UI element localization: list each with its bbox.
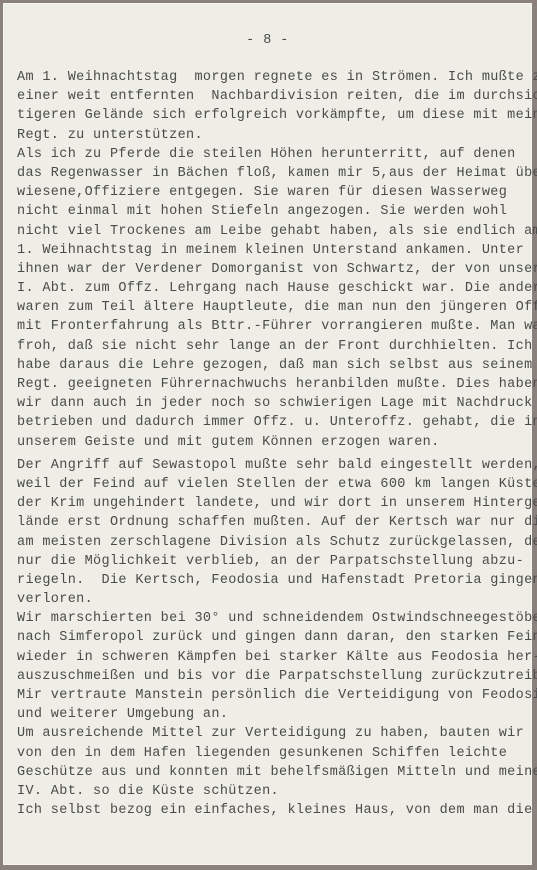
document-page: - 8 - Am 1. Weihnachtstag morgen regnete… [3,3,532,865]
text-line: der Krim ungehindert landete, und wir do… [17,494,537,513]
text-line: riegeln. Die Kertsch, Feodosia und Hafen… [17,571,537,590]
text-line: Wir marschierten bei 30° und schneidende… [17,609,537,628]
text-line: und weiterer Umgebung an. [17,705,537,724]
text-line: nicht einmal mit hohen Stiefeln angezoge… [17,202,537,221]
paragraph: Am 1. Weihnachtstag morgen regnete es in… [17,68,537,452]
text-line: Als ich zu Pferde die steilen Höhen heru… [17,145,537,164]
text-line: Mir vertraute Manstein persönlich die Ve… [17,686,537,705]
text-line: betrieben und dadurch immer Offz. u. Unt… [17,413,537,432]
text-line: wiesene,Offiziere entgegen. Sie waren fü… [17,183,537,202]
page-number: - 8 - [3,33,532,48]
text-line: 1. Weihnachtstag in meinem kleinen Unter… [17,241,537,260]
text-line: unserem Geiste und mit gutem Können erzo… [17,433,537,452]
text-line: das Regenwasser in Bächen floß, kamen mi… [17,164,537,183]
text-line: habe daraus die Lehre gezogen, daß man s… [17,356,537,375]
text-line: Geschütze aus und konnten mit behelfsmäß… [17,763,537,782]
text-line: Am 1. Weihnachtstag morgen regnete es in… [17,68,537,87]
body-text: Am 1. Weihnachtstag morgen regnete es in… [17,68,537,820]
text-line: Der Angriff auf Sewastopol mußte sehr ba… [17,456,537,475]
text-line: am meisten zerschlagene Division als Sch… [17,533,537,552]
text-line: weil der Feind auf vielen Stellen der et… [17,475,537,494]
text-line: verloren. [17,590,537,609]
text-line: Regt. geeigneten Führernachwuchs heranbi… [17,375,537,394]
text-line: IV. Abt. so die Küste schützen. [17,782,537,801]
text-line: froh, daß sie nicht sehr lange an der Fr… [17,337,537,356]
text-line: nur die Möglichkeit verblieb, an der Par… [17,552,537,571]
paragraph: Der Angriff auf Sewastopol mußte sehr ba… [17,456,537,821]
text-line: von den in dem Hafen liegenden gesunkene… [17,744,537,763]
text-line: Ich selbst bezog ein einfaches, kleines … [17,801,537,820]
text-line: auszuschmeißen und bis vor die Parpatsch… [17,667,537,686]
text-line: einer weit entfernten Nachbardivision re… [17,87,537,106]
text-line: I. Abt. zum Offz. Lehrgang nach Hause ge… [17,279,537,298]
text-line: ihnen war der Verdener Domorganist von S… [17,260,537,279]
text-line: mit Fronterfahrung als Bttr.-Führer vorr… [17,317,537,336]
text-line: nach Simferopol zurück und gingen dann d… [17,628,537,647]
text-line: tigeren Gelände sich erfolgreich vorkämp… [17,106,537,125]
text-line: Regt. zu unterstützen. [17,126,537,145]
text-line: nicht viel Trockenes am Leibe gehabt hab… [17,222,537,241]
text-line: wir dann auch in jeder noch so schwierig… [17,394,537,413]
text-line: lände erst Ordnung schaffen mußten. Auf … [17,513,537,532]
text-line: wieder in schweren Kämpfen bei starker K… [17,648,537,667]
text-line: Um ausreichende Mittel zur Verteidigung … [17,724,537,743]
text-line: waren zum Teil ältere Hauptleute, die ma… [17,298,537,317]
